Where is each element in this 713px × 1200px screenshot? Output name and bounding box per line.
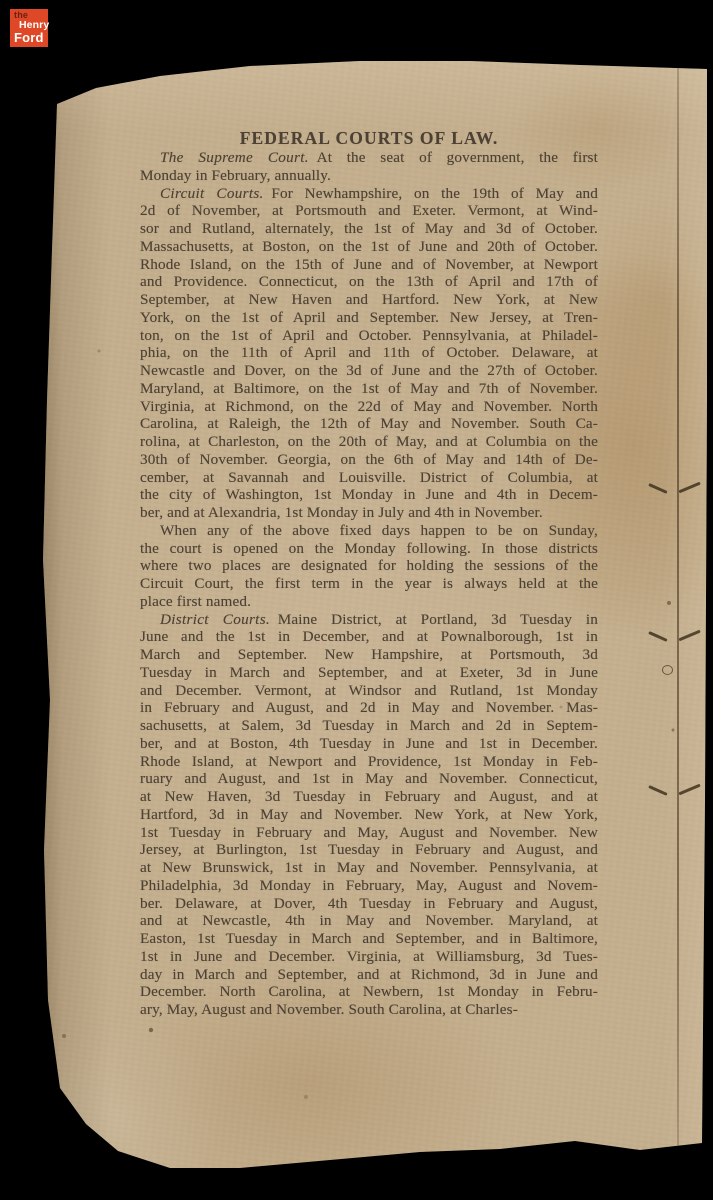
text-line: sor and Rutland, alternately, the 1st of… xyxy=(140,220,598,238)
text-line: at New Brunswick, 1st in May and Novembe… xyxy=(140,859,598,877)
text-line: District Courts. Maine District, at Port… xyxy=(140,611,598,629)
text-line: cember, at Savannah and Louisville. Dist… xyxy=(140,469,598,487)
logo-word-ford: Ford xyxy=(14,30,44,45)
text-line: September, at New Haven and Hartford. Ne… xyxy=(140,291,598,309)
text-line: Carolina, at Raleigh, the 12th of May an… xyxy=(140,415,598,433)
text-line: When any of the above fixed days happen … xyxy=(140,522,598,540)
text-line: 1st Tuesday in February and May, August … xyxy=(140,824,598,842)
text-line: and December. Vermont, at Windsor and Ru… xyxy=(140,682,598,700)
text-line: place first named. xyxy=(140,593,598,611)
ink-specks xyxy=(0,0,2,2)
text-line: Virginia, at Richmond, on the 22d of May… xyxy=(140,398,598,416)
text-line: Rhode Island, at Newport and Providence,… xyxy=(140,753,598,771)
scanned-document-view: FEDERAL COURTS OF LAW. The Supreme Court… xyxy=(0,0,713,1200)
text-line: March and September. New Hampshire, at P… xyxy=(140,646,598,664)
text-line: where two places are designated for hold… xyxy=(140,557,598,575)
text-line: Hartford, 3d in May and November. New Yo… xyxy=(140,806,598,824)
text-line: Circuit Courts. For Newhampshire, on the… xyxy=(140,185,598,203)
text-line: ber, and at Alexandria, 1st Monday in Ju… xyxy=(140,504,598,522)
text-line: Circuit Court, the first term in the yea… xyxy=(140,575,598,593)
text-line: in February and August, and 2d in May an… xyxy=(140,699,598,717)
text-line: sachusetts, at Salem, 3d Tuesday in Marc… xyxy=(140,717,598,735)
document-title: FEDERAL COURTS OF LAW. xyxy=(140,128,598,149)
text-line: Monday in February, annually. xyxy=(140,167,598,185)
page-fold-line xyxy=(677,64,679,1146)
text-line: Rhode Island, on the 15th of June and of… xyxy=(140,256,598,274)
text-line: the city of Washington, 1st Monday in Ju… xyxy=(140,486,598,504)
text-line: Tuesday in March and September, and at E… xyxy=(140,664,598,682)
text-line: Maryland, at Baltimore, on the 1st of Ma… xyxy=(140,380,598,398)
text-line: York, on the 1st of April and September.… xyxy=(140,309,598,327)
page-text-block: FEDERAL COURTS OF LAW. The Supreme Court… xyxy=(140,128,598,1019)
text-line: Easton, 1st Tuesday in March and Septemb… xyxy=(140,930,598,948)
text-line: Newcastle and Dover, on the 3d of June a… xyxy=(140,362,598,380)
text-line: Philadelphia, 3d Monday in February, May… xyxy=(140,877,598,895)
text-line: at New Haven, 3d Tuesday in February and… xyxy=(140,788,598,806)
text-line: the court is opened on the Monday follow… xyxy=(140,540,598,558)
text-line: 30th of November. Georgia, on the 6th of… xyxy=(140,451,598,469)
text-line: June and the 1st in December, and at Pow… xyxy=(140,628,598,646)
paragraph-lead: The Supreme Court. xyxy=(160,149,309,166)
text-line: Massachusetts, at Boston, on the 1st of … xyxy=(140,238,598,256)
pen-checkmark xyxy=(646,629,710,645)
text-line: ton, on the 1st of April and October. Pe… xyxy=(140,327,598,345)
text-line: day in March and September, and at Richm… xyxy=(140,966,598,984)
paragraph-lead: District Courts. xyxy=(160,611,270,628)
text-line: Jersey, at Burlington, 1st Tuesday in Fe… xyxy=(140,841,598,859)
text-line: rolina, at Charleston, on the 20th of Ma… xyxy=(140,433,598,451)
pen-checkmark xyxy=(646,481,710,497)
text-line: and at Newcastle, 4th in May and Novembe… xyxy=(140,912,598,930)
pen-circle-mark xyxy=(662,665,673,675)
henry-ford-logo: the Henry Ford xyxy=(10,9,48,47)
text-line: phia, on the 11th of April and 11th of O… xyxy=(140,344,598,362)
text-line: ruary and August, and 1st in May and Nov… xyxy=(140,770,598,788)
text-line: ber, and at Boston, 4th Tuesday in June … xyxy=(140,735,598,753)
paragraph-lead: Circuit Courts. xyxy=(160,185,264,202)
text-line: ary, May, August and November. South Car… xyxy=(140,1001,598,1019)
text-line: and Providence. Connecticut, on the 13th… xyxy=(140,273,598,291)
pen-checkmark xyxy=(646,783,710,799)
text-line: ber. Delaware, at Dover, 4th Tuesday in … xyxy=(140,895,598,913)
text-line: 2d of November, at Portsmouth and Exeter… xyxy=(140,202,598,220)
book-page: FEDERAL COURTS OF LAW. The Supreme Court… xyxy=(0,0,713,1200)
text-line: 1st in June and December. Virginia, at W… xyxy=(140,948,598,966)
text-line: The Supreme Court. At the seat of govern… xyxy=(140,149,598,167)
text-line: December. North Carolina, at Newbern, 1s… xyxy=(140,983,598,1001)
